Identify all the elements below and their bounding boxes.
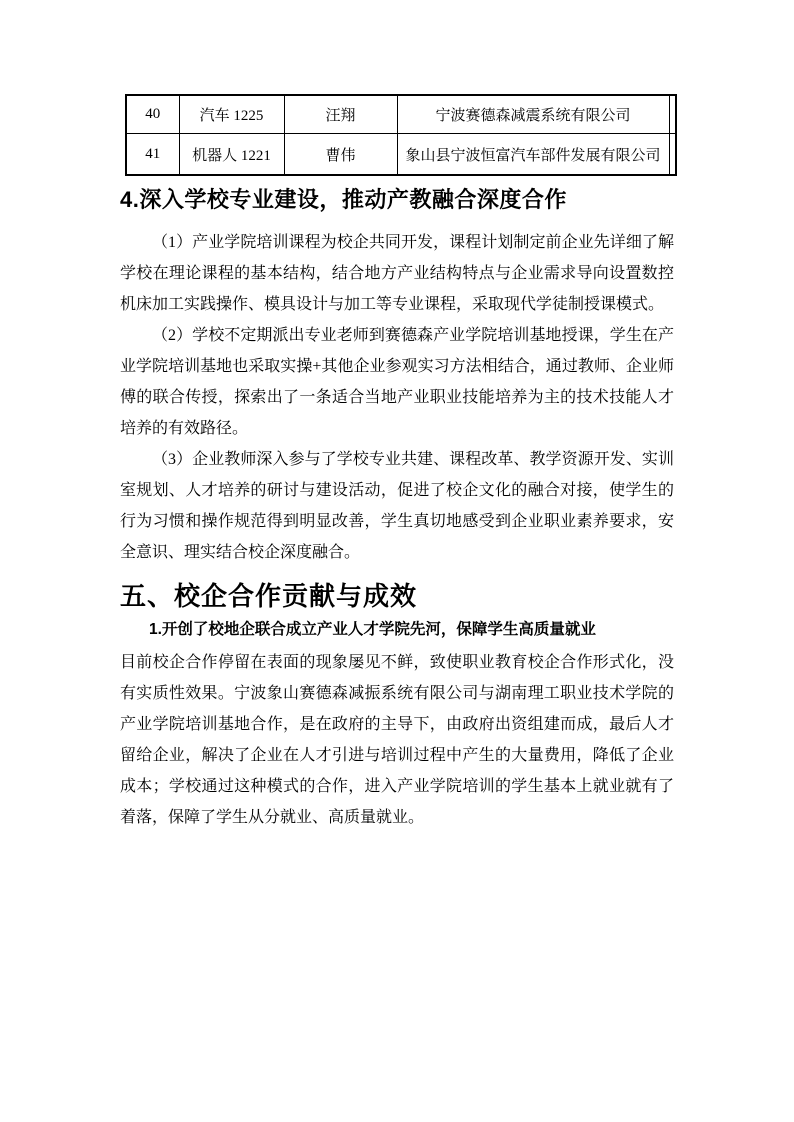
paragraph-2: （2）学校不定期派出专业老师到赛德森产业学院培训基地授课，学生在产业学院培训基地… <box>120 320 674 444</box>
paragraph-1: （1）产业学院培训课程为校企共同开发，课程计划制定前企业先详细了解学校在理论课程… <box>120 227 674 320</box>
cell-student-name: 曹伟 <box>284 134 397 176</box>
section-4-heading: 4.深入学校专业建设，推动产教融合深度合作 <box>120 183 567 214</box>
table-row: 41 机器人 1221 曹伟 象山县宁波恒富汽车部件发展有限公司 <box>126 134 676 176</box>
section-5-heading: 五、校企合作贡献与成效 <box>120 576 417 613</box>
cell-class: 机器人 1221 <box>179 134 284 176</box>
cell-company: 宁波赛德森减震系统有限公司 <box>397 95 669 134</box>
document-page: 40 汽车 1225 汪翔 宁波赛德森减震系统有限公司 41 机器人 1221 … <box>0 0 794 1122</box>
cell-empty <box>669 134 676 176</box>
cell-row-number: 41 <box>126 134 179 176</box>
cell-empty <box>669 95 676 134</box>
cell-row-number: 40 <box>126 95 179 134</box>
table-row: 40 汽车 1225 汪翔 宁波赛德森减震系统有限公司 <box>126 95 676 134</box>
paragraph-3: （3）企业教师深入参与了学校专业共建、课程改革、教学资源开发、实训室规划、人才培… <box>120 444 674 568</box>
cell-company: 象山县宁波恒富汽车部件发展有限公司 <box>397 134 669 176</box>
paragraph-4: 目前校企合作停留在表面的现象屡见不鲜，致使职业教育校企合作形式化，没有实质性效果… <box>120 647 674 833</box>
cell-class: 汽车 1225 <box>179 95 284 134</box>
employment-assignment-table: 40 汽车 1225 汪翔 宁波赛德森减震系统有限公司 41 机器人 1221 … <box>125 94 677 176</box>
section-5-subheading-1: 1.开创了校地企联合成立产业人才学院先河，保障学生高质量就业 <box>149 617 596 639</box>
cell-student-name: 汪翔 <box>284 95 397 134</box>
